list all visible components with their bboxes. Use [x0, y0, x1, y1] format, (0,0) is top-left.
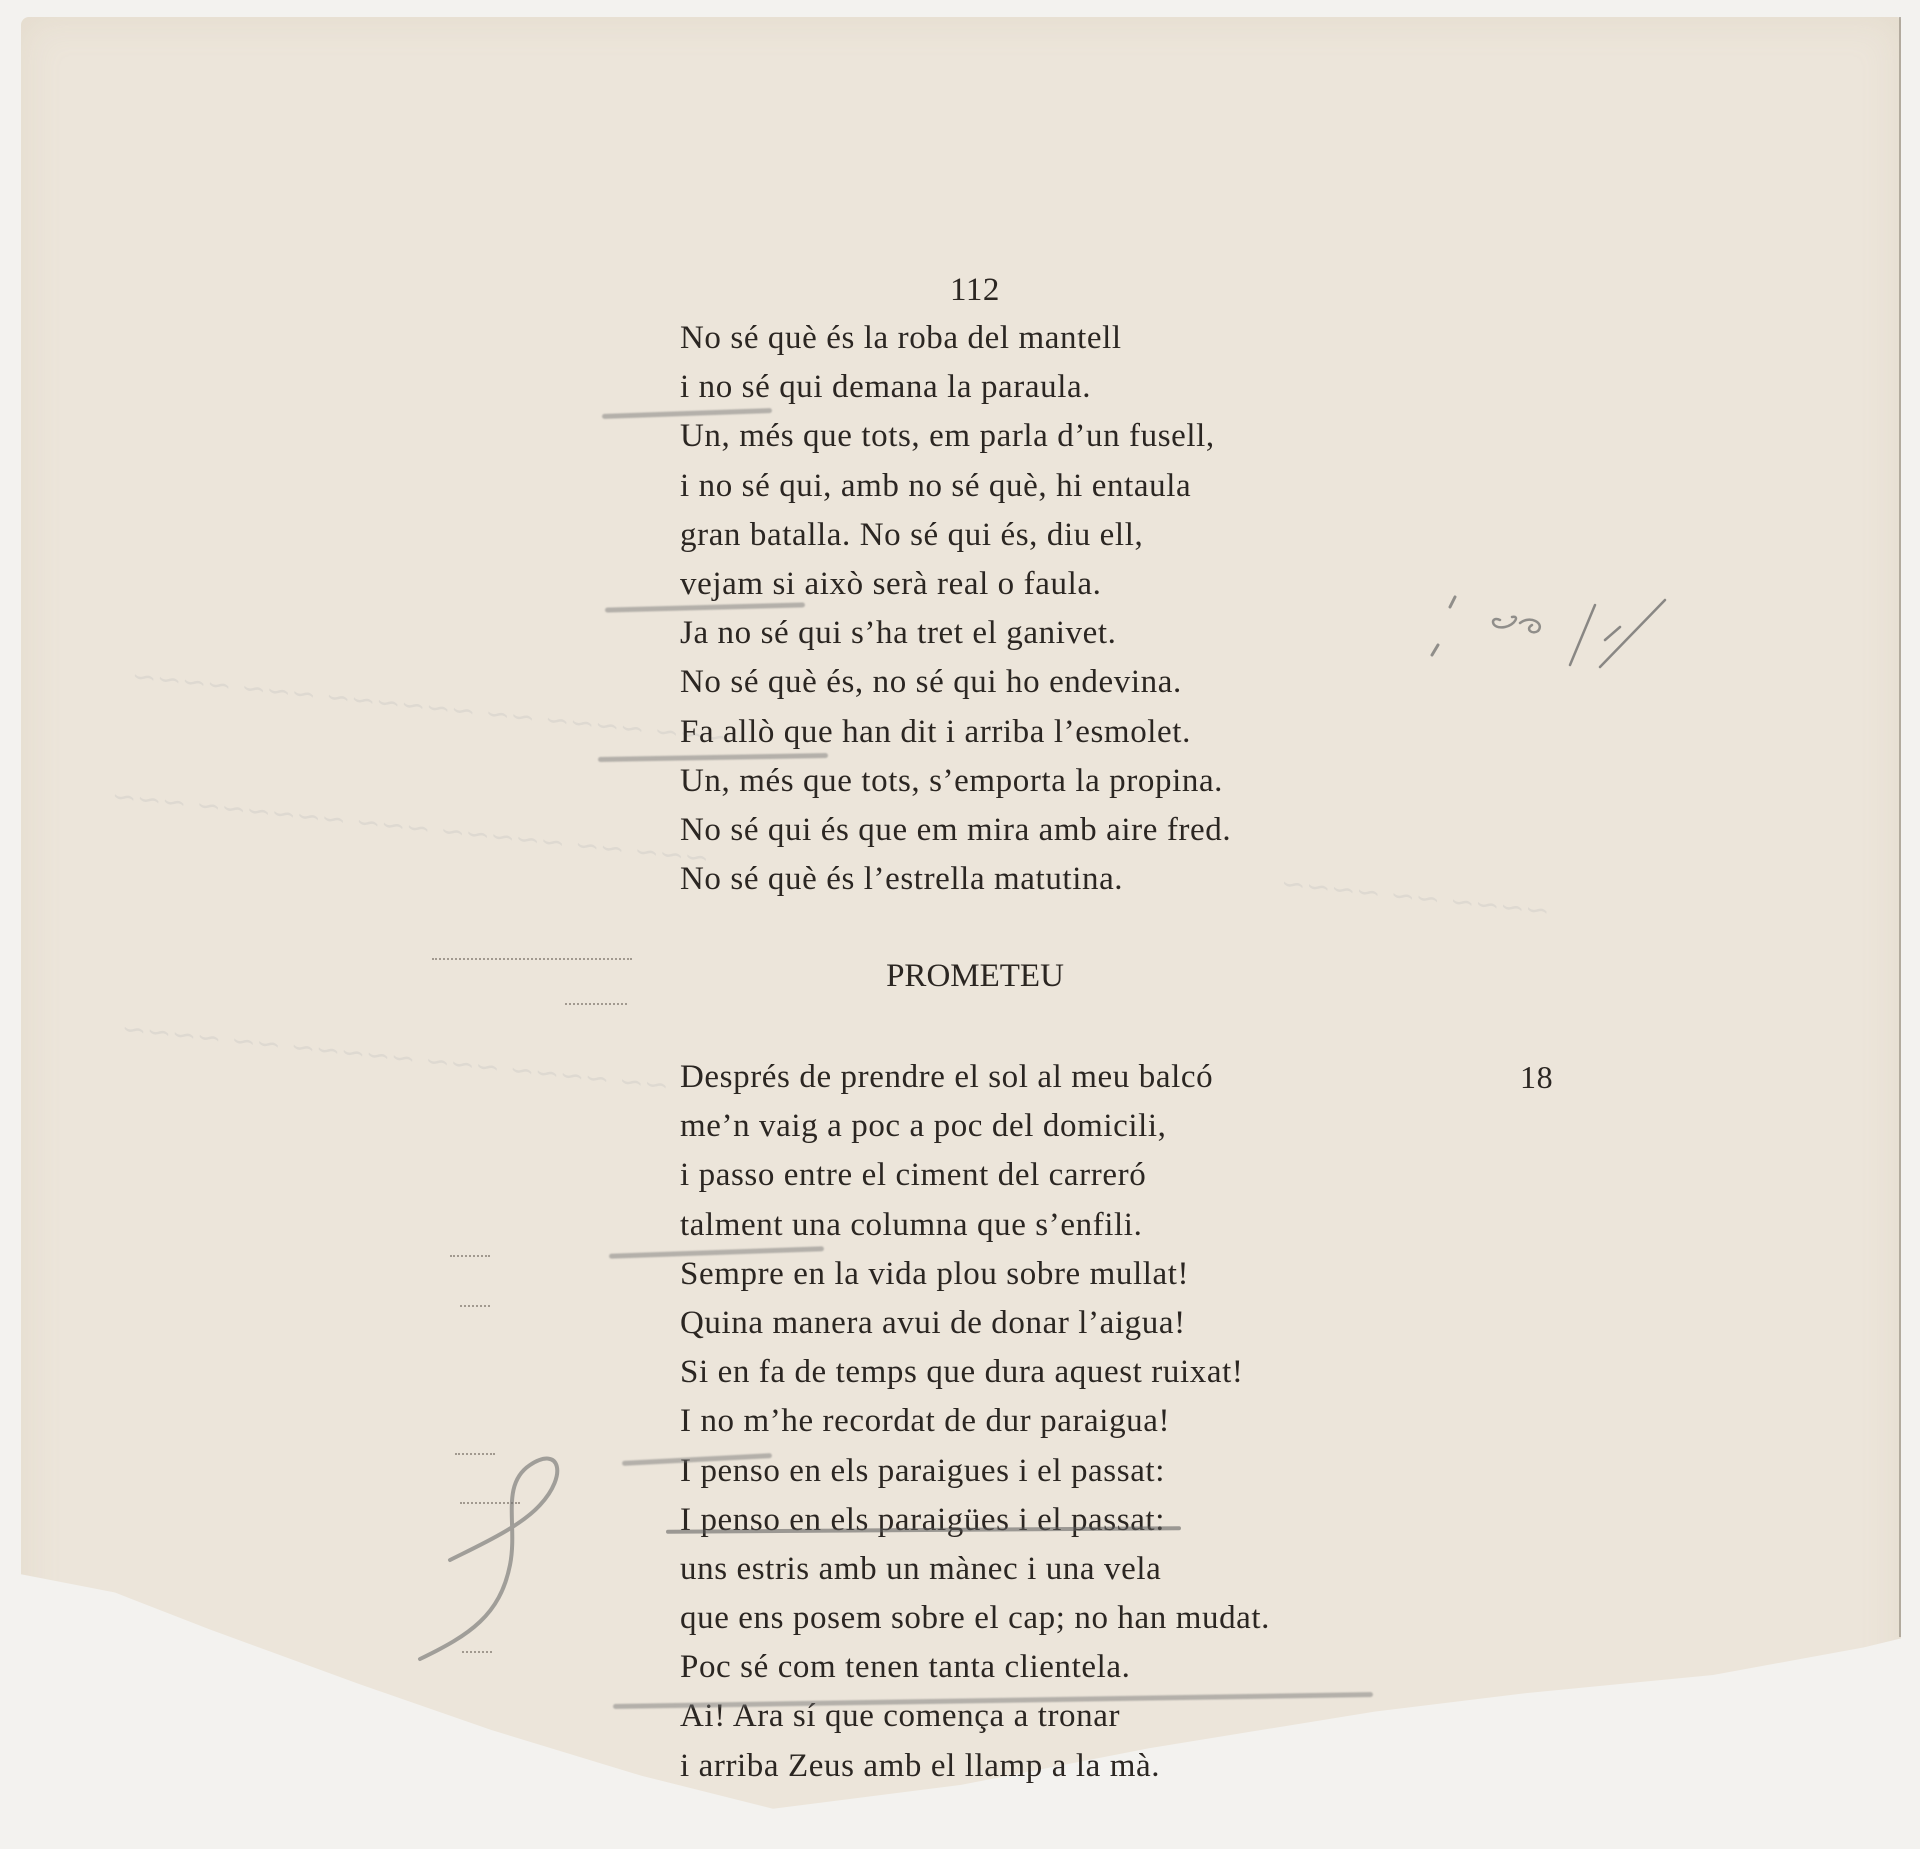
- ghost-print-mark: [432, 958, 632, 960]
- poem-line: I no m’he recordat de dur paraigua!: [680, 1397, 1270, 1446]
- poem-line: i passo entre el ciment del carreró: [680, 1151, 1270, 1200]
- poem-line: uns estris amb un mànec i una vela: [680, 1545, 1270, 1594]
- poem-line: vejam si això serà real o faula.: [680, 560, 1231, 609]
- poem-line: No sé què és, no sé qui ho endevina.: [680, 658, 1231, 707]
- poem-line: Després de prendre el sol al meu balcó: [680, 1053, 1270, 1102]
- poem-line: Un, més que tots, em parla d’un fusell,: [680, 412, 1231, 461]
- poem-2: Després de prendre el sol al meu balcó m…: [680, 1053, 1270, 1791]
- poem-line: gran batalla. No sé qui és, diu ell,: [680, 511, 1231, 560]
- struck-through-line: I penso en els paraigües i el passat:: [680, 1502, 1165, 1538]
- poem-line: Quina manera avui de donar l’aigua!: [680, 1299, 1270, 1348]
- line-number-marker: 18: [1520, 1053, 1553, 1102]
- poem-line: No sé què és la roba del mantell: [680, 314, 1231, 363]
- page-number: 112: [945, 266, 1005, 315]
- handwritten-pencil-note-icon: [1420, 585, 1680, 695]
- poem-line: Un, més que tots, s’emporta la propina.: [680, 757, 1231, 806]
- poem-line: me’n vaig a poc a poc del domicili,: [680, 1102, 1270, 1151]
- poem-line: No sé qui és que em mira amb aire fred.: [680, 806, 1231, 855]
- poem-line: Ja no sé qui s’ha tret el ganivet.: [680, 609, 1231, 658]
- proofreading-delete-mark-icon: [400, 1445, 600, 1685]
- poem-line: Si en fa de temps que dura aquest ruixat…: [680, 1348, 1270, 1397]
- poem-line: i no sé qui demana la paraula.: [680, 363, 1231, 412]
- poem-line: que ens posem sobre el cap; no han mudat…: [680, 1594, 1270, 1643]
- poem-line: Poc sé com tenen tanta clientela.: [680, 1643, 1270, 1692]
- ghost-print-mark: [450, 1255, 490, 1257]
- poem-title: PROMETEU: [770, 952, 1180, 1001]
- poem-line: Fa allò que han dit i arriba l’esmolet.: [680, 708, 1231, 757]
- page-edge: [1899, 17, 1901, 1637]
- poem-line: talment una columna que s’enfili.: [680, 1201, 1270, 1250]
- poem-line: i arriba Zeus amb el llamp a la mà.: [680, 1742, 1270, 1791]
- poem-line: Sempre en la vida plou sobre mullat!: [680, 1250, 1270, 1299]
- ghost-print-mark: [460, 1305, 490, 1307]
- poem-line: i no sé qui, amb no sé què, hi entaula: [680, 462, 1231, 511]
- poem-1: No sé què és la roba del mantell i no sé…: [680, 314, 1231, 904]
- poem-line: No sé què és l’estrella matutina.: [680, 855, 1231, 904]
- ghost-print-mark: [565, 1003, 627, 1005]
